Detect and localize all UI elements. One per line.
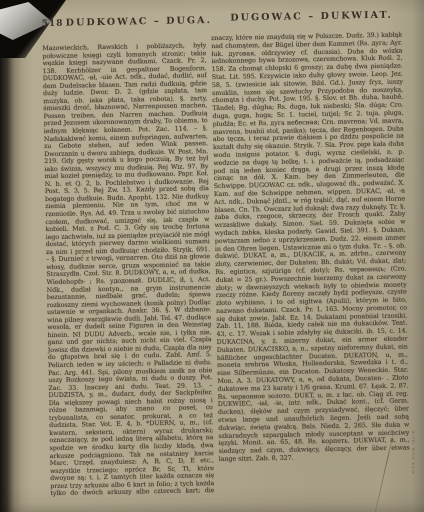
running-head-right: DUGOWAC – DUKWIAT. bbox=[228, 10, 396, 24]
page-number: 518 bbox=[42, 19, 64, 29]
text-column-left: Mazowieckich, Rawskich i pobliższych, by… bbox=[42, 42, 214, 497]
page-edge-bleed-marks: w-im mus nyw bbox=[403, 430, 415, 500]
page-content: 518 DUDKOWAC – DUGA. DUGOWAC – DUKWIAT. … bbox=[0, 0, 424, 512]
running-head-left: DUDKOWAC – DUGA. bbox=[66, 15, 208, 29]
text-column-right: znaczy, które nie znayduią się w Polszcz… bbox=[211, 31, 410, 494]
